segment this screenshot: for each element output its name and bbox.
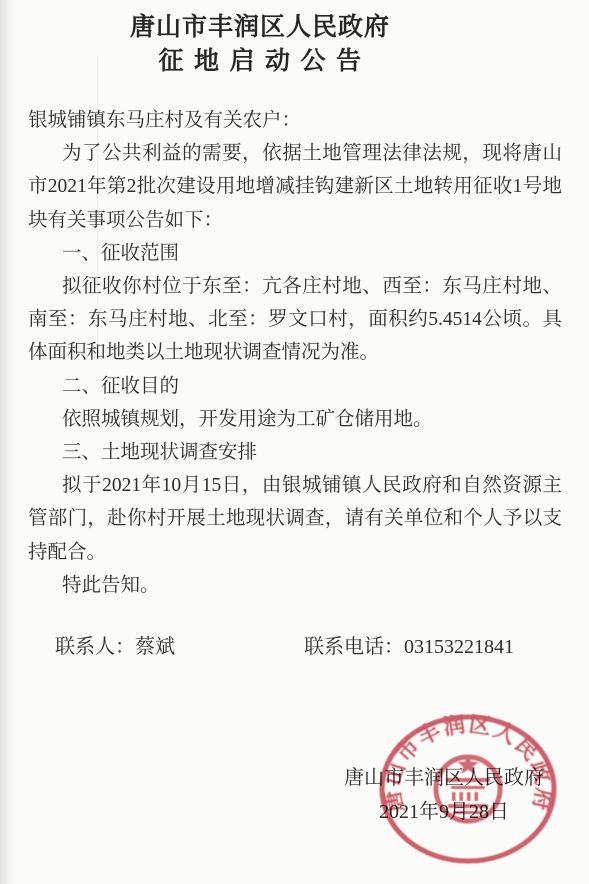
section-heading-1: 一、征收范围 — [28, 237, 562, 270]
issuing-authority-title: 唐山市丰润区人民政府 — [0, 11, 520, 45]
announcement-body: 银城铺镇东马庄村及有关农户： 为了公共利益的需要，依据土地管理法律法规，现将唐山… — [28, 104, 562, 602]
section-1-paragraph: 拟征收你村位于东至：亢各庄村地、西至：东马庄村地、南至：东马庄村地、北至：罗文口… — [28, 270, 562, 370]
contact-phone-value: 03153221841 — [404, 636, 514, 658]
contact-person-value: 蔡斌 — [135, 636, 175, 658]
signature-date: 2021年9月28日 — [343, 795, 545, 829]
document-header: 唐山市丰润区人民政府 征地启动公告 — [0, 11, 520, 78]
closing-line: 特此告知。 — [28, 569, 562, 602]
contact-person: 联系人：蔡斌 — [55, 630, 175, 659]
scan-edge-shadow — [0, 0, 16, 884]
contact-phone: 联系电话：03153221841 — [304, 630, 514, 659]
intro-paragraph: 为了公共利益的需要，依据土地管理法律法规，现将唐山市2021年第2批次建设用地增… — [28, 137, 562, 237]
contact-person-label: 联系人： — [55, 636, 135, 658]
signature-issuer: 唐山市丰润区人民政府 — [343, 761, 545, 795]
section-heading-2: 二、征收目的 — [28, 370, 562, 403]
signature-block: 唐山市丰润区人民政府 2021年9月28日 — [343, 761, 545, 829]
section-heading-3: 三、土地现状调查安排 — [28, 436, 562, 469]
section-3-paragraph: 拟于2021年10月15日，由银城铺镇人民政府和自然资源主管部门，赴你村开展土地… — [28, 469, 562, 569]
announcement-document: 唐山市丰润区人民政府 征地启动公告 银城铺镇东马庄村及有关农户： 为了公共利益的… — [0, 0, 589, 884]
addressee-line: 银城铺镇东马庄村及有关农户： — [28, 104, 562, 137]
contact-phone-label: 联系电话： — [304, 636, 404, 658]
contact-row: 联系人：蔡斌 联系电话：03153221841 — [28, 630, 562, 656]
announcement-title: 征地启动公告 — [0, 45, 520, 78]
section-2-paragraph: 依照城镇规划，开发用途为工矿仓储用地。 — [28, 403, 562, 436]
